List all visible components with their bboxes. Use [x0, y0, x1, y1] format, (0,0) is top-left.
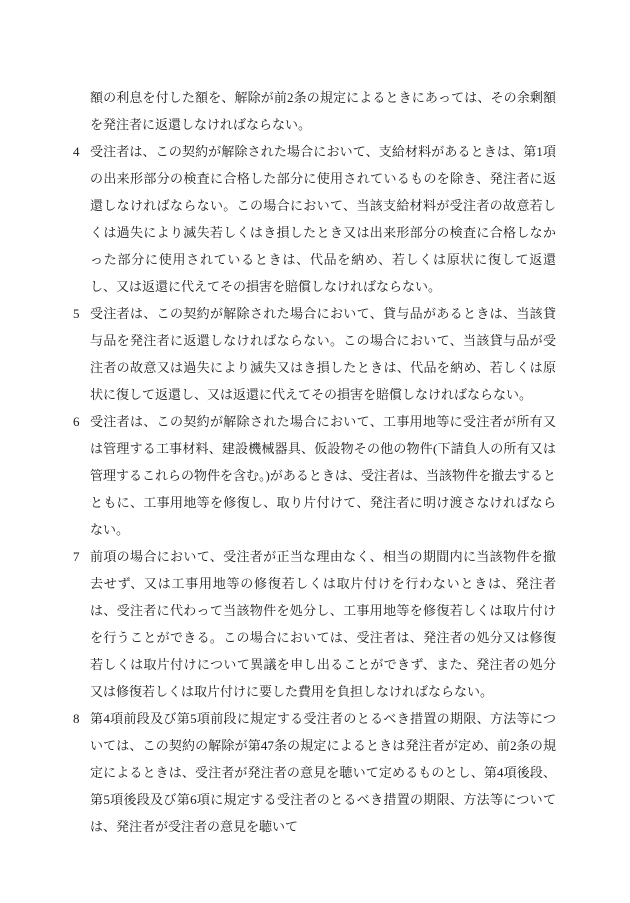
clause-text: 受注者は、この契約が解除された場合において、工事用地等に受注者が所有又は管理する…: [90, 414, 556, 537]
clause-number: 8: [73, 705, 80, 732]
document-page: 額の利息を付した額を、解除が前2条の規定によるときにあっては、その余剰額を発注者…: [0, 0, 630, 903]
paragraph-clause-5: 5 受注者は、この契約が解除された場合において、貸与品があるときは、当該貸与品を…: [90, 300, 556, 408]
paragraph-clause-4: 4 受注者は、この契約が解除された場合において、支給材料があるときは、第1項の出…: [90, 138, 556, 300]
clause-text: 受注者は、この契約が解除された場合において、支給材料があるときは、第1項の出来形…: [90, 144, 556, 294]
clause-text: 受注者は、この契約が解除された場合において、貸与品があるときは、当該貸与品を発注…: [90, 306, 556, 402]
clause-number: 7: [73, 543, 80, 570]
paragraph-continuation: 額の利息を付した額を、解除が前2条の規定によるときにあっては、その余剰額を発注者…: [90, 84, 556, 138]
clause-number: 6: [73, 408, 80, 435]
paragraph-clause-6: 6 受注者は、この契約が解除された場合において、工事用地等に受注者が所有又は管理…: [90, 408, 556, 543]
paragraph-clause-7: 7 前項の場合において、受注者が正当な理由なく、相当の期間内に当該物件を撤去せず…: [90, 543, 556, 705]
paragraph-clause-8: 8 第4項前段及び第5項前段に規定する受注者のとるべき措置の期限、方法等について…: [90, 705, 556, 840]
clause-number: 5: [73, 300, 80, 327]
clause-text: 第4項前段及び第5項前段に規定する受注者のとるべき措置の期限、方法等については、…: [90, 711, 556, 834]
clause-text: 額の利息を付した額を、解除が前2条の規定によるときにあっては、その余剰額を発注者…: [90, 90, 556, 132]
clause-number: 4: [73, 138, 80, 165]
clause-text: 前項の場合において、受注者が正当な理由なく、相当の期間内に当該物件を撤去せず、又…: [90, 549, 556, 699]
